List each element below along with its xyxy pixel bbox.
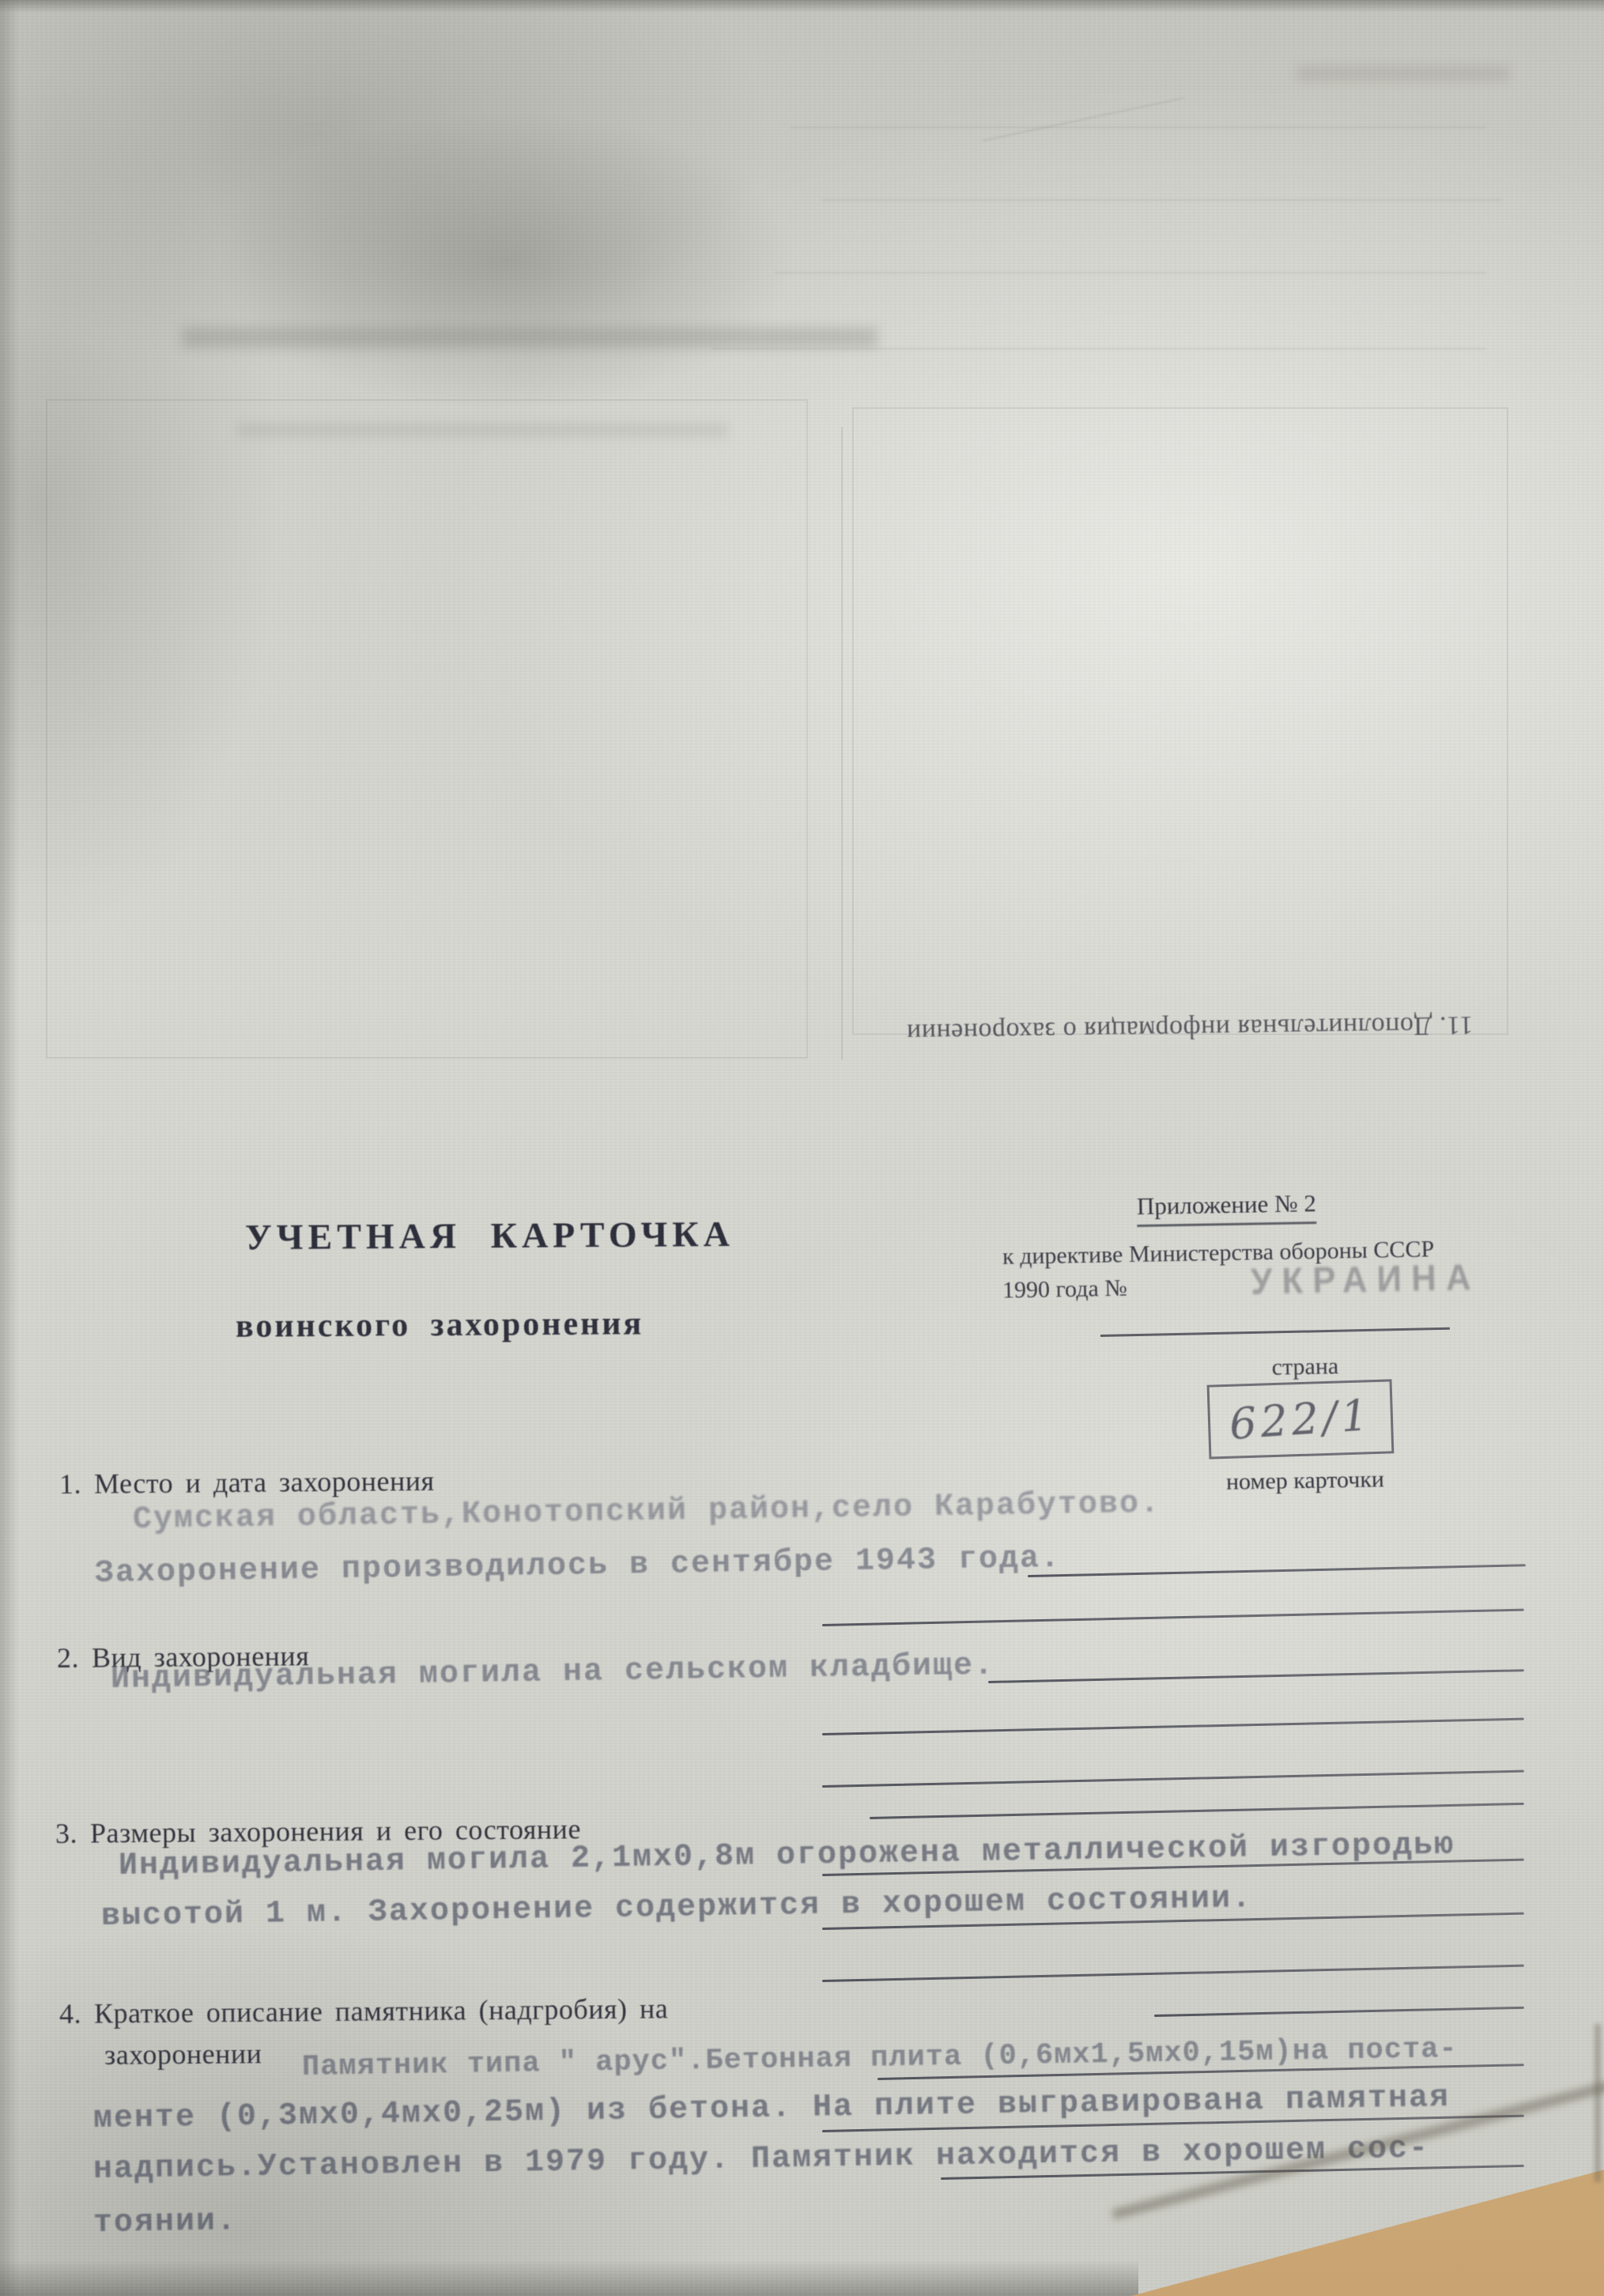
fill-in-line: [822, 1718, 1524, 1735]
scan-edge-shadow-left: [0, 0, 19, 2296]
fill-in-line: [1154, 2007, 1524, 2017]
field-4-label-line-2: захоронении: [104, 2037, 262, 2071]
paper-sheet: 11. Дополнительная информация о захороне…: [0, 0, 1604, 2296]
field-4-typed-line-2: менте (0,3мх0,4мх0,25м) из бетона. На пл…: [93, 2080, 1451, 2137]
field-1-label-text: Место и дата захоронения: [94, 1464, 435, 1501]
country-caption: страна: [1130, 1350, 1481, 1384]
appendix-year-line: 1990 года №: [1002, 1275, 1127, 1305]
paper-crease: [983, 97, 1184, 142]
fill-in-line: [822, 1770, 1524, 1788]
card-title: УЧЕТНАЯ КАРТОЧКА: [245, 1213, 734, 1258]
fill-in-line: [988, 1669, 1524, 1683]
scan-edge-shadow-top: [0, 0, 1604, 13]
bleed-through-line: [711, 348, 1486, 349]
paper-crease: [841, 427, 843, 1059]
field-4-label-text-2: захоронении: [104, 2037, 262, 2071]
fill-in-line: [822, 1965, 1524, 1982]
scanned-document-photo: 11. Дополнительная информация о захороне…: [0, 0, 1604, 2296]
bleed-through-line: [791, 127, 1486, 128]
fill-in-line: [822, 1609, 1524, 1626]
paper-edge-shadow-right: [1595, 2024, 1601, 2182]
field-4-label: 4. Краткое описание памятника (надгробия…: [59, 1992, 669, 2030]
bleed-through-smudge: [1296, 66, 1510, 81]
card-number-handwritten: 622/1: [1228, 1390, 1373, 1449]
card-subtitle: воинского захоронения: [236, 1305, 644, 1346]
bleed-through-smudge: [182, 327, 877, 348]
field-2-number: 2.: [57, 1641, 79, 1675]
bleed-through-line: [775, 272, 1486, 274]
field-1-label: 1. Место и дата захоронения: [59, 1464, 435, 1501]
field-4-typed-line-1: Памятник типа " арус".Бетонная плита (0,…: [302, 2033, 1458, 2084]
appendix-heading: Приложение № 2: [1137, 1189, 1317, 1227]
country-fill-line: [1100, 1327, 1450, 1337]
field-4-label-text: Краткое описание памятника (надгробия) н…: [94, 1992, 669, 2030]
fill-in-line: [1028, 1564, 1526, 1577]
field-3-number: 3.: [55, 1817, 77, 1850]
country-stamp: УКРАИНА: [1250, 1257, 1481, 1304]
bleed-through-box-left: [46, 399, 808, 1059]
scan-edge-shadow-bottom: [0, 2260, 1138, 2296]
card-number-box: 622/1: [1207, 1379, 1395, 1459]
bleed-through-box-right: [852, 407, 1508, 1035]
bleed-through-line: [822, 199, 1502, 201]
field-4-number: 4.: [59, 1997, 81, 2030]
fill-in-line: [870, 1803, 1524, 1819]
field-4-typed-line-4: тоянии.: [93, 2203, 238, 2241]
bleed-through-smudge: [237, 424, 727, 436]
field-1-number: 1.: [59, 1467, 81, 1501]
card-number-caption: номер карточки: [1130, 1464, 1481, 1497]
field-3-typed-line-2: высотой 1 м. Захоронение содержится в хо…: [101, 1881, 1253, 1935]
field-1-typed-line-2: Захоронение производилось в сентябре 194…: [95, 1541, 1062, 1592]
